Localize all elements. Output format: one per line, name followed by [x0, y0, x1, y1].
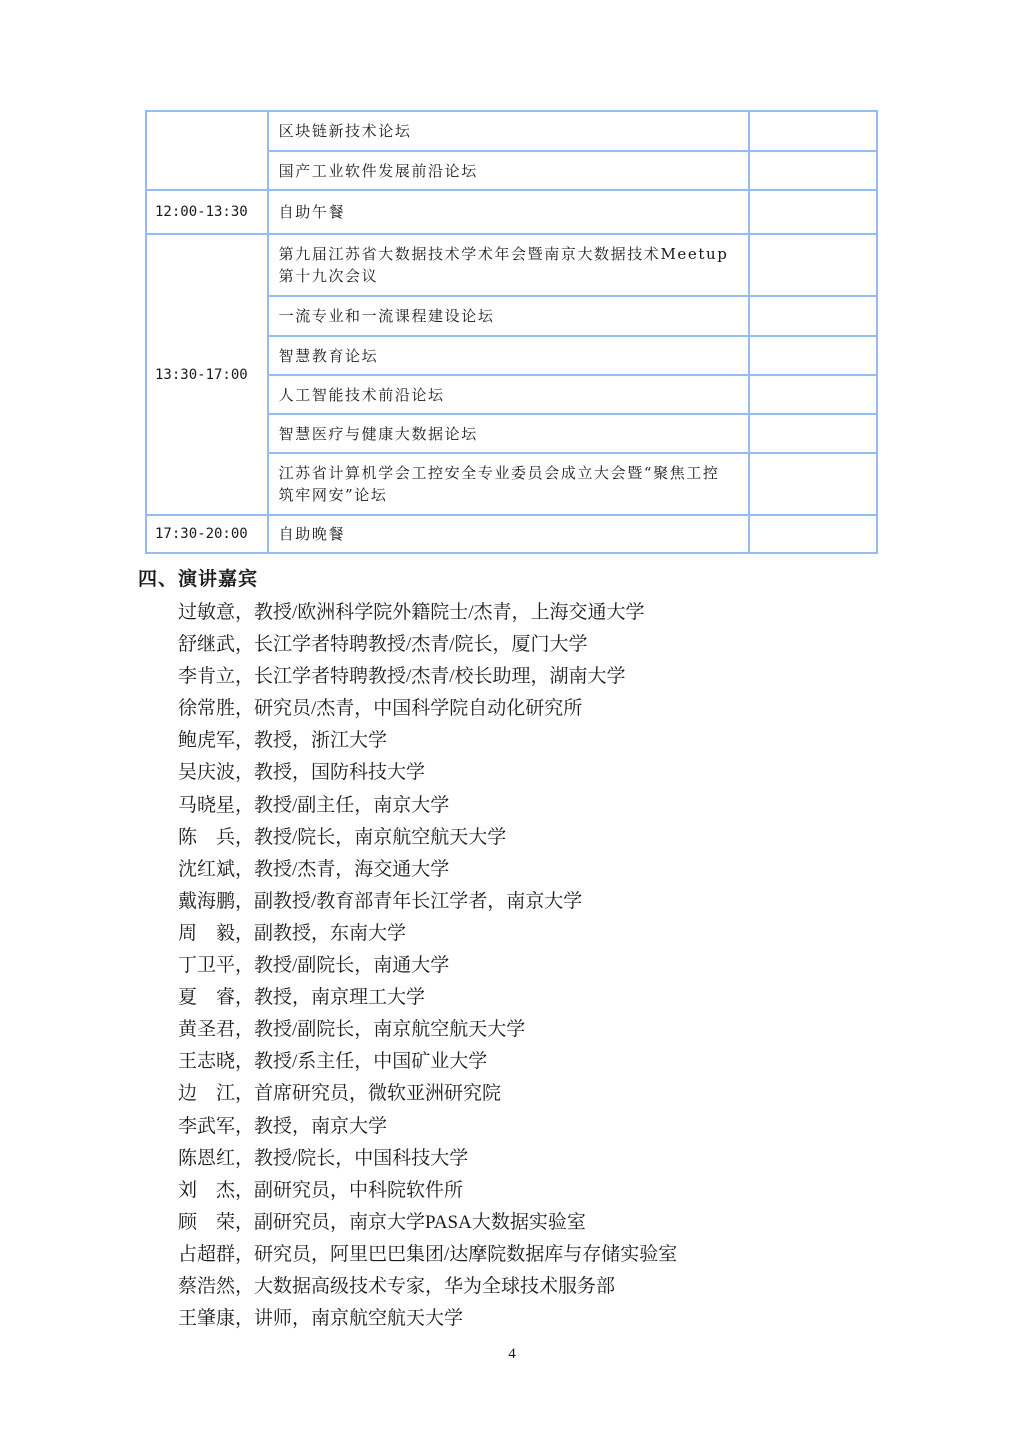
- note-cell: [749, 414, 877, 453]
- item-cell: 国产工业软件发展前沿论坛: [268, 151, 749, 190]
- list-item: 王肇康，讲师，南京航空航天大学: [178, 1303, 677, 1335]
- list-item: 过敏意，教授/欧洲科学院外籍院士/杰青，上海交通大学: [178, 597, 677, 629]
- note-cell: [749, 234, 877, 296]
- schedule-table: 区块链新技术论坛 国产工业软件发展前沿论坛 12:00-13:30 自助午餐 1…: [145, 110, 878, 554]
- list-item: 马晓星，教授/副主任，南京大学: [178, 790, 677, 822]
- speaker-list: 过敏意，教授/欧洲科学院外籍院士/杰青，上海交通大学 舒继武，长江学者特聘教授/…: [178, 597, 677, 1335]
- note-cell: [749, 296, 877, 336]
- item-cell: 第九届江苏省大数据技术学术年会暨南京大数据技术Meetup第十九次会议: [268, 234, 749, 296]
- list-item: 占超群，研究员，阿里巴巴集团/达摩院数据库与存储实验室: [178, 1239, 677, 1271]
- list-item: 王志晓，教授/系主任，中国矿业大学: [178, 1046, 677, 1078]
- note-cell: [749, 336, 877, 375]
- note-cell: [749, 453, 877, 515]
- table-row: 12:00-13:30 自助午餐: [146, 190, 877, 234]
- list-item: 陈恩红，教授/院长，中国科技大学: [178, 1143, 677, 1175]
- table-row: 区块链新技术论坛: [146, 111, 877, 151]
- list-item: 李肯立，长江学者特聘教授/杰青/校长助理，湖南大学: [178, 661, 677, 693]
- list-item: 徐常胜，研究员/杰青，中国科学院自动化研究所: [178, 693, 677, 725]
- list-item: 夏 睿，教授，南京理工大学: [178, 982, 677, 1014]
- list-item: 戴海鹏，副教授/教育部青年长江学者，南京大学: [178, 886, 677, 918]
- list-item: 蔡浩然，大数据高级技术专家，华为全球技术服务部: [178, 1271, 677, 1303]
- note-cell: [749, 111, 877, 151]
- list-item: 沈红斌，教授/杰青，海交通大学: [178, 854, 677, 886]
- note-cell: [749, 515, 877, 553]
- time-cell: [146, 111, 268, 190]
- item-cell: 人工智能技术前沿论坛: [268, 375, 749, 414]
- list-item: 李武军，教授，南京大学: [178, 1111, 677, 1143]
- item-cell: 智慧教育论坛: [268, 336, 749, 375]
- list-item: 刘 杰，副研究员，中科院软件所: [178, 1175, 677, 1207]
- note-cell: [749, 151, 877, 190]
- item-cell: 自助午餐: [268, 190, 749, 234]
- list-item: 丁卫平，教授/副院长，南通大学: [178, 950, 677, 982]
- item-cell: 一流专业和一流课程建设论坛: [268, 296, 749, 336]
- item-cell: 区块链新技术论坛: [268, 111, 749, 151]
- page-number: 4: [0, 1346, 1024, 1363]
- table-row: 17:30-20:00 自助晚餐: [146, 515, 877, 553]
- note-cell: [749, 375, 877, 414]
- table-row: 13:30-17:00 第九届江苏省大数据技术学术年会暨南京大数据技术Meetu…: [146, 234, 877, 296]
- list-item: 边 江，首席研究员，微软亚洲研究院: [178, 1078, 677, 1110]
- list-item: 陈 兵，教授/院长，南京航空航天大学: [178, 822, 677, 854]
- time-cell: 13:30-17:00: [146, 234, 268, 515]
- list-item: 周 毅，副教授，东南大学: [178, 918, 677, 950]
- list-item: 鲍虎军，教授，浙江大学: [178, 725, 677, 757]
- item-cell: 自助晚餐: [268, 515, 749, 553]
- list-item: 吴庆波，教授，国防科技大学: [178, 757, 677, 789]
- time-cell: 17:30-20:00: [146, 515, 268, 553]
- note-cell: [749, 190, 877, 234]
- list-item: 顾 荣，副研究员，南京大学PASA大数据实验室: [178, 1207, 677, 1239]
- item-cell: 江苏省计算机学会工控安全专业委员会成立大会暨“聚焦工控 筑牢网安”论坛: [268, 453, 749, 515]
- list-item: 舒继武，长江学者特聘教授/杰青/院长，厦门大学: [178, 629, 677, 661]
- section-heading: 四、演讲嘉宾: [138, 564, 258, 591]
- list-item: 黄圣君，教授/副院长，南京航空航天大学: [178, 1014, 677, 1046]
- time-cell: 12:00-13:30: [146, 190, 268, 234]
- item-cell: 智慧医疗与健康大数据论坛: [268, 414, 749, 453]
